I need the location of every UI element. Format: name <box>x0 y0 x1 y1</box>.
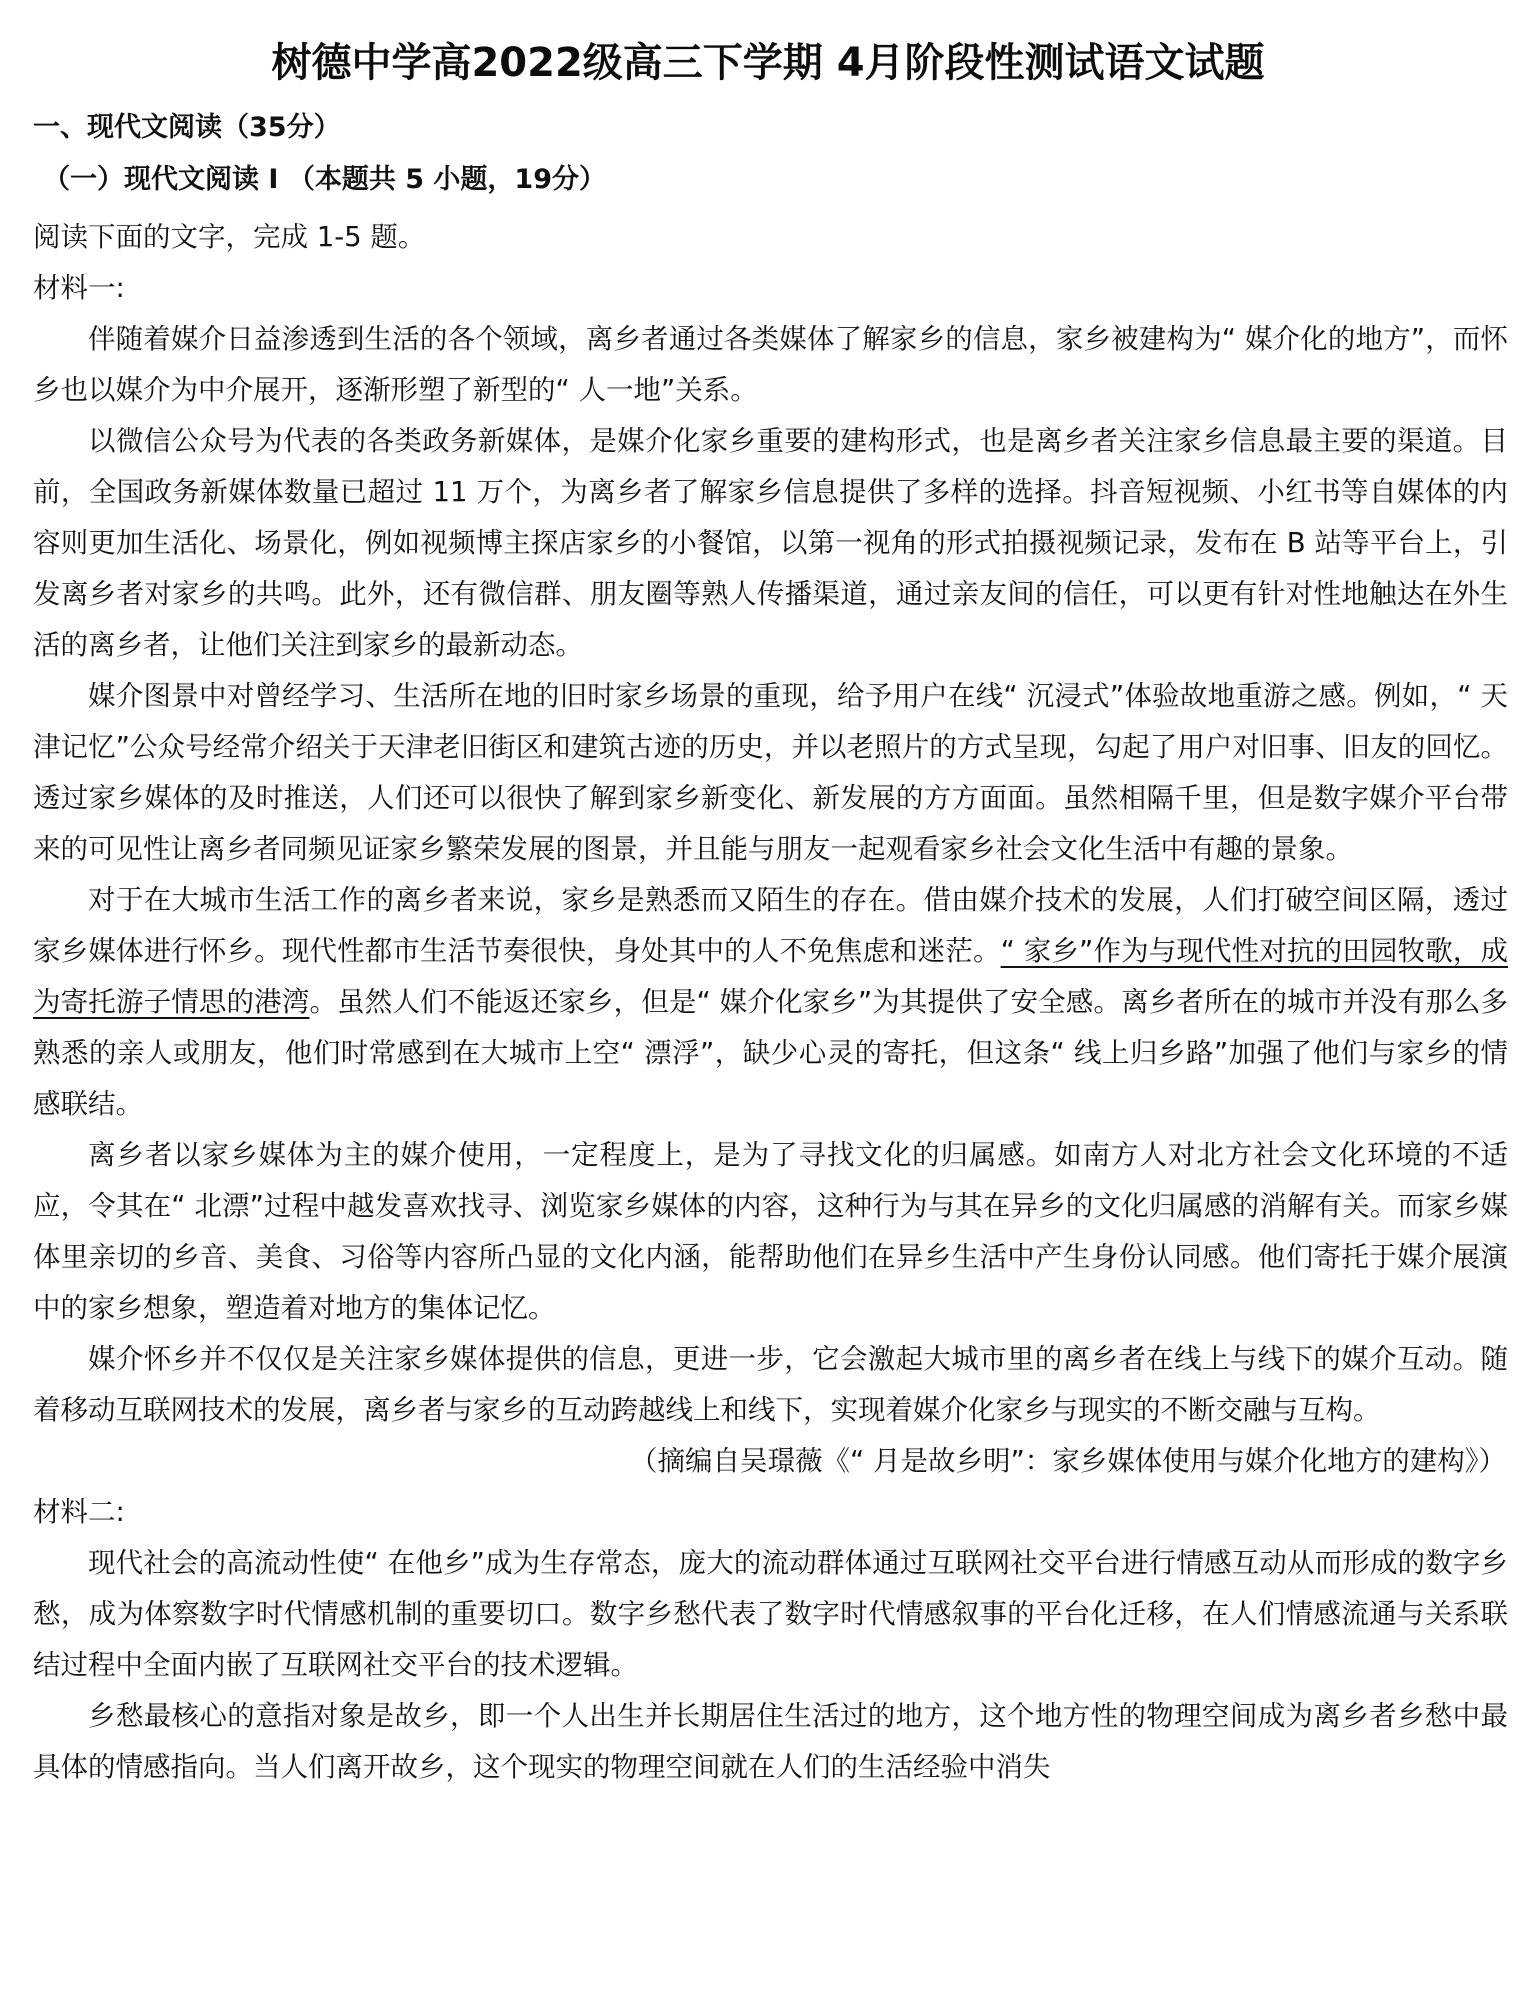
source-citation: （摘编自吴璟薇《“ 月是故乡明”：家乡媒体使用与媒介化地方的建构》） <box>33 1436 1508 1487</box>
material-one-paragraph: 以微信公众号为代表的各类政务新媒体，是媒介化家乡重要的建构形式，也是离乡者关注家… <box>33 416 1508 671</box>
material-two-paragraph: 现代社会的高流动性使“ 在他乡”成为生存常态，庞大的流动群体通过互联网社交平台进… <box>33 1538 1508 1691</box>
material-one-paragraph: 媒介图景中对曾经学习、生活所在地的旧时家乡场景的重现，给予用户在线“ 沉浸式”体… <box>33 671 1508 875</box>
sub-heading: （一）现代文阅读 I （本题共 5 小题，19分） <box>43 160 606 200</box>
material-one-paragraph: 媒介怀乡并不仅仅是关注家乡媒体提供的信息，更进一步，它会激起大城市里的离乡者在线… <box>33 1334 1508 1436</box>
exam-title: 树德中学高2022级高三下学期 4月阶段性测试语文试题 <box>0 38 1536 88</box>
material-one-paragraph: 离乡者以家乡媒体为主的媒介使用，一定程度上，是为了寻找文化的归属感。如南方人对北… <box>33 1130 1508 1334</box>
material-one-paragraph-underlined: 对于在大城市生活工作的离乡者来说，家乡是熟悉而又陌生的存在。借由媒介技术的发展，… <box>33 875 1508 1130</box>
material-two-label: 材料二: <box>33 1487 1508 1538</box>
material-two-paragraph: 乡愁最核心的意指对象是故乡，即一个人出生并长期居住生活过的地方，这个地方性的物理… <box>33 1691 1508 1793</box>
material-one-label: 材料一: <box>33 263 1508 314</box>
material-one-paragraph: 伴随着媒介日益渗透到生活的各个领域，离乡者通过各类媒体了解家乡的信息，家乡被建构… <box>33 314 1508 416</box>
instruction-text: 阅读下面的文字，完成 1-5 题。 <box>33 212 1508 263</box>
reading-body: 阅读下面的文字，完成 1-5 题。 材料一: 伴随着媒介日益渗透到生活的各个领域… <box>33 212 1508 1793</box>
section-heading: 一、现代文阅读（35分） <box>33 108 341 148</box>
